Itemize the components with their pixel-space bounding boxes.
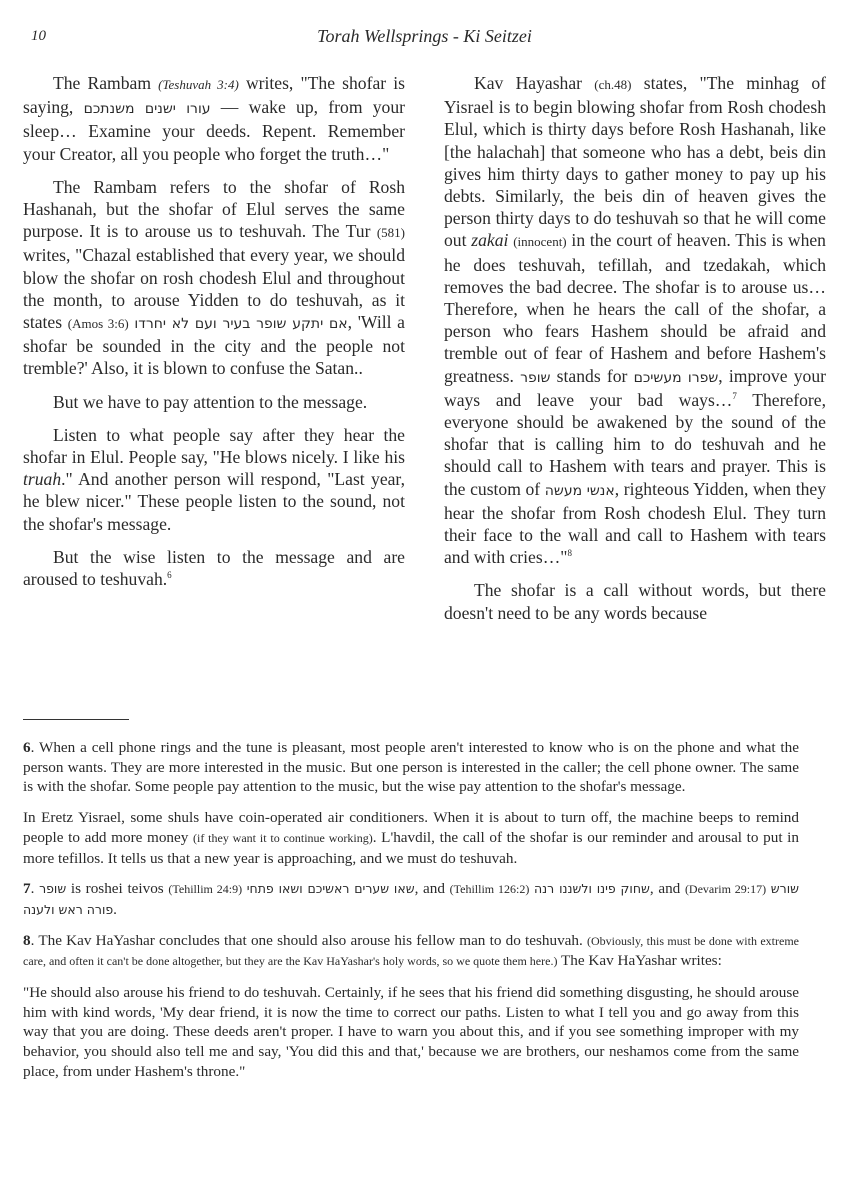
- text: .: [113, 901, 117, 918]
- text: stands for: [550, 366, 633, 386]
- italic-term: truah: [23, 469, 61, 489]
- left-column: The Rambam (Teshuvah 3:4) writes, "The s…: [23, 72, 405, 601]
- hebrew-word: שופר: [520, 370, 550, 386]
- text: ." And another person will respond, "Las…: [23, 469, 405, 533]
- aside: (if they want it to continue working): [193, 831, 373, 845]
- citation: (Tehillim 24:9): [168, 882, 242, 896]
- hebrew-quote: עורו ישנים משנתכם: [84, 101, 211, 117]
- text: Listen to what people say after they hea…: [23, 425, 405, 467]
- footnote-6: 6. When a cell phone rings and the tune …: [23, 738, 799, 797]
- footnote-number: 7: [23, 880, 31, 897]
- footnote-8-quote: "He should also arouse his friend to do …: [23, 983, 799, 1082]
- footnote-number: 8: [23, 932, 31, 949]
- text: is roshei teivos: [66, 880, 168, 897]
- citation-text: (Teshuvah 3:4): [158, 77, 239, 92]
- text: The Rambam refers to the shofar of Rosh …: [23, 177, 405, 241]
- right-column: Kav Hayashar (ch.48) states, "The minhag…: [444, 72, 826, 635]
- text: The Rambam: [53, 73, 158, 93]
- footnote-8: 8. The Kav HaYashar concludes that one s…: [23, 931, 799, 972]
- citation: (Devarim 29:17): [685, 882, 766, 896]
- text: , and: [650, 880, 685, 897]
- text: . The Kav HaYashar concludes that one sh…: [31, 932, 587, 949]
- text: in the court of heaven. This is when he …: [444, 230, 826, 385]
- paragraph: The Rambam refers to the shofar of Rosh …: [23, 176, 405, 380]
- text: But the wise listen to the message and a…: [23, 547, 405, 589]
- hebrew-quote: אנשי מעשה: [545, 483, 615, 499]
- citation: (innocent): [513, 234, 566, 249]
- text: states, "The minhag of Yisrael is to beg…: [444, 73, 826, 250]
- footnote-ref[interactable]: 8: [567, 548, 572, 558]
- citation: (ch.48): [594, 77, 631, 92]
- paragraph: But we have to pay attention to the mess…: [23, 391, 405, 413]
- running-title: Torah Wellsprings - Ki Seitzei: [0, 26, 849, 47]
- hebrew-quote: שאו שערים ראשיכם ושאו פתחי: [247, 881, 415, 896]
- hebrew-quote: אם יתקע שופר בעיר ועם לא יחרדו: [134, 316, 347, 332]
- citation: (Teshuvah 3:4): [158, 77, 239, 92]
- hebrew-quote: שפרו מעשיכם: [634, 370, 719, 386]
- paragraph: The Rambam (Teshuvah 3:4) writes, "The s…: [23, 72, 405, 165]
- italic-term: zakai: [471, 230, 508, 250]
- text: The Kav HaYashar writes:: [557, 952, 721, 969]
- paragraph: Listen to what people say after they hea…: [23, 424, 405, 535]
- footnote-7: 7. שופר is roshei teivos (Tehillim 24:9)…: [23, 879, 799, 919]
- citation: (Amos 3:6): [68, 316, 129, 331]
- text: , and: [415, 880, 450, 897]
- footnote-number: 6: [23, 739, 31, 756]
- page-header: 10 Torah Wellsprings - Ki Seitzei: [0, 28, 849, 52]
- citation: (Tehillim 126:2): [450, 882, 530, 896]
- paragraph: The shofar is a call without words, but …: [444, 579, 826, 623]
- footnote-divider: [23, 719, 129, 720]
- hebrew-word: שופר: [39, 881, 66, 896]
- text: Kav Hayashar: [474, 73, 594, 93]
- hebrew-quote: שחוק פינו ולשננו רנה: [534, 881, 650, 896]
- footnotes: 6. When a cell phone rings and the tune …: [23, 738, 799, 1093]
- paragraph: Kav Hayashar (ch.48) states, "The minhag…: [444, 72, 826, 568]
- citation: (581): [377, 225, 405, 240]
- text: . When a cell phone rings and the tune i…: [23, 739, 799, 795]
- footnote-ref[interactable]: 6: [167, 570, 172, 580]
- footnote-6-continued: In Eretz Yisrael, some shuls have coin-o…: [23, 808, 799, 868]
- paragraph: But the wise listen to the message and a…: [23, 546, 405, 590]
